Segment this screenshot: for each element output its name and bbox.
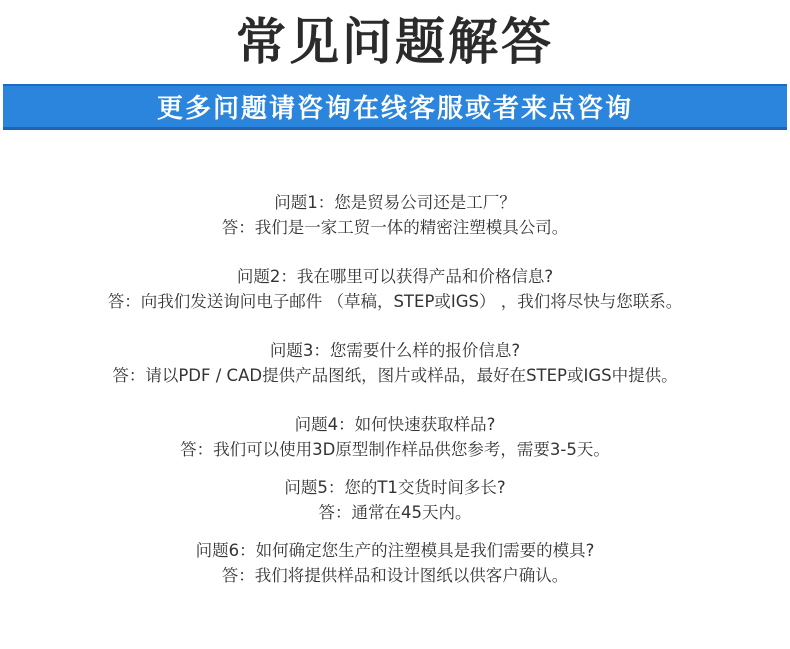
faq-answer-text: 答：请以PDF / CAD提供产品图纸，图片或样品，最好在STEP或IGS中提供… <box>0 363 790 388</box>
contact-banner-text: 更多问题请咨询在线客服或者来点咨询 <box>157 88 633 125</box>
faq-answer-text: 答：我们可以使用3D原型制作样品供您参考，需要3-5天。 <box>0 437 790 462</box>
faq-item: 问题4：如何快速获取样品? 答：我们可以使用3D原型制作样品供您参考，需要3-5… <box>0 412 790 462</box>
faq-list: 问题1：您是贸易公司还是工厂？ 答：我们是一家工贸一体的精密注塑模具公司。 问题… <box>0 130 790 588</box>
faq-item: 问题1：您是贸易公司还是工厂？ 答：我们是一家工贸一体的精密注塑模具公司。 <box>0 190 790 240</box>
faq-question-text: 问题2：我在哪里可以获得产品和价格信息? <box>0 264 790 289</box>
faq-item: 问题2：我在哪里可以获得产品和价格信息? 答：向我们发送询问电子邮件 （草稿，S… <box>0 264 790 314</box>
page-title: 常见问题解答 <box>0 0 790 84</box>
faq-question-text: 问题5：您的T1交货时间多长? <box>0 475 790 500</box>
faq-page: 常见问题解答 更多问题请咨询在线客服或者来点咨询 问题1：您是贸易公司还是工厂？… <box>0 0 790 649</box>
faq-item: 问题5：您的T1交货时间多长? 答：通常在45天内。 <box>0 475 790 525</box>
faq-answer-text: 答：通常在45天内。 <box>0 500 790 525</box>
faq-answer-text: 答：向我们发送询问电子邮件 （草稿，STEP或IGS） ，我们将尽快与您联系。 <box>0 289 790 314</box>
contact-banner: 更多问题请咨询在线客服或者来点咨询 <box>3 84 787 130</box>
faq-question-text: 问题6：如何确定您生产的注塑模具是我们需要的模具? <box>0 538 790 563</box>
faq-item: 问题6：如何确定您生产的注塑模具是我们需要的模具? 答：我们将提供样品和设计图纸… <box>0 538 790 588</box>
faq-answer-text: 答：我们将提供样品和设计图纸以供客户确认。 <box>0 563 790 588</box>
faq-question-text: 问题4：如何快速获取样品? <box>0 412 790 437</box>
faq-question-text: 问题1：您是贸易公司还是工厂？ <box>0 190 790 215</box>
faq-item: 问题3：您需要什么样的报价信息? 答：请以PDF / CAD提供产品图纸，图片或… <box>0 338 790 388</box>
faq-question-text: 问题3：您需要什么样的报价信息? <box>0 338 790 363</box>
faq-answer-text: 答：我们是一家工贸一体的精密注塑模具公司。 <box>0 215 790 240</box>
